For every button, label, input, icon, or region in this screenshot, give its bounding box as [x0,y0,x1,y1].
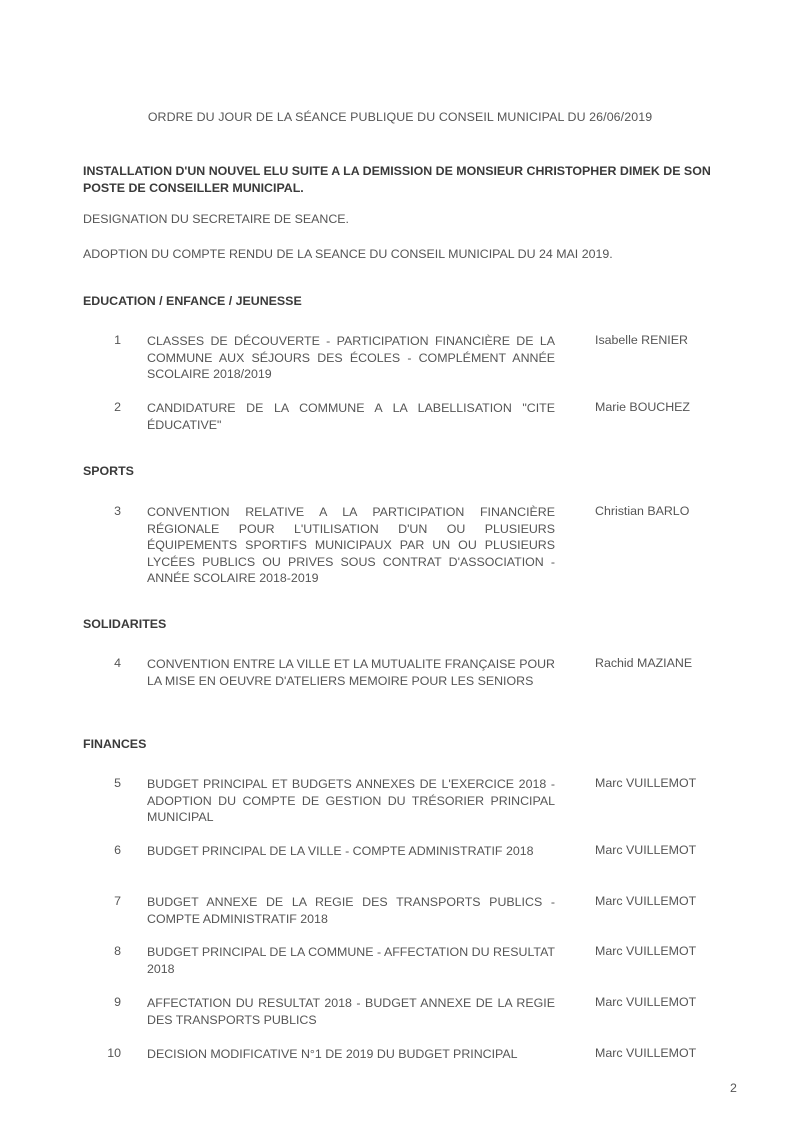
document-title: ORDRE DU JOUR DE LA SÉANCE PUBLIQUE DU C… [0,110,800,124]
item-rapporteur: Marc VUILLEMOT [595,944,696,958]
item-number: 6 [107,843,121,857]
item-text: CANDIDATURE DE LA COMMUNE A LA LABELLISA… [147,400,555,433]
item-rapporteur: Marie BOUCHEZ [595,400,690,414]
intro-designation: DESIGNATION DU SECRETAIRE DE SEANCE. [83,212,349,226]
item-rapporteur: Marc VUILLEMOT [595,776,696,790]
page-number: 2 [730,1081,737,1095]
item-text: BUDGET ANNEXE DE LA REGIE DES TRANSPORTS… [147,894,555,927]
item-number: 1 [107,333,121,347]
intro-installation: INSTALLATION D'UN NOUVEL ELU SUITE A LA … [83,163,743,197]
intro-adoption: ADOPTION DU COMPTE RENDU DE LA SEANCE DU… [83,247,613,261]
section-heading-sports: SPORTS [83,464,134,478]
item-number: 2 [107,400,121,414]
section-heading-finances: FINANCES [83,737,146,751]
section-heading-solidarites: SOLIDARITES [83,617,166,631]
item-text: DECISION MODIFICATIVE N°1 DE 2019 DU BUD… [147,1046,555,1063]
section-heading-education: EDUCATION / ENFANCE / JEUNESSE [83,294,302,308]
item-rapporteur: Marc VUILLEMOT [595,894,696,908]
item-rapporteur: Isabelle RENIER [595,333,688,347]
item-text: CONVENTION ENTRE LA VILLE ET LA MUTUALIT… [147,656,555,689]
item-rapporteur: Marc VUILLEMOT [595,995,696,1009]
item-number: 4 [107,656,121,670]
item-text: BUDGET PRINCIPAL DE LA COMMUNE - AFFECTA… [147,944,555,977]
item-text: BUDGET PRINCIPAL ET BUDGETS ANNEXES DE L… [147,776,555,826]
item-number: 10 [103,1046,121,1060]
item-number: 9 [107,995,121,1009]
item-number: 7 [107,894,121,908]
item-text: BUDGET PRINCIPAL DE LA VILLE - COMPTE AD… [147,843,555,860]
item-number: 3 [107,504,121,518]
item-rapporteur: Marc VUILLEMOT [595,843,696,857]
item-rapporteur: Marc VUILLEMOT [595,1046,696,1060]
item-rapporteur: Rachid MAZIANE [595,656,692,670]
item-text: AFFECTATION DU RESULTAT 2018 - BUDGET AN… [147,995,555,1028]
item-text: CLASSES DE DÉCOUVERTE - PARTICIPATION FI… [147,333,555,383]
item-number: 8 [107,944,121,958]
item-number: 5 [107,776,121,790]
item-rapporteur: Christian BARLO [595,504,689,518]
item-text: CONVENTION RELATIVE A LA PARTICIPATION F… [147,504,555,587]
